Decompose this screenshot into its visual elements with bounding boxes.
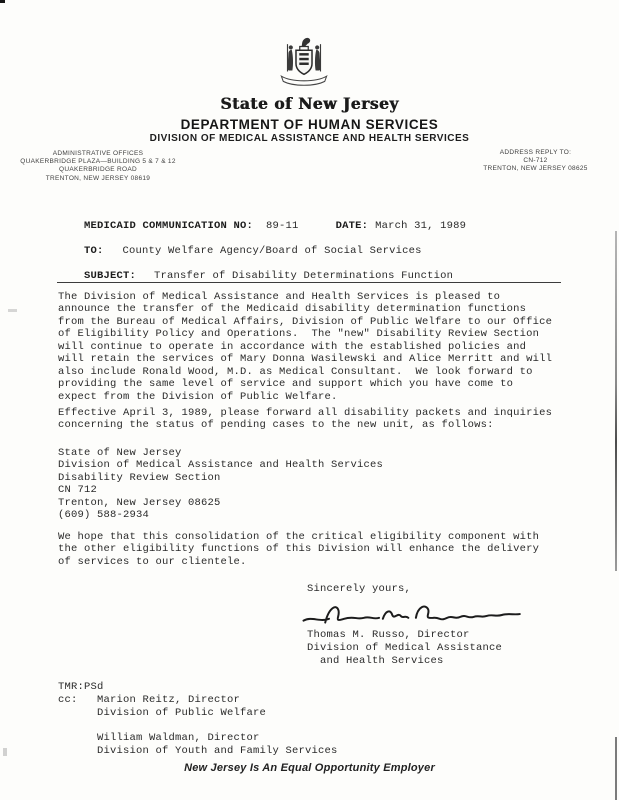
body-paragraph-3: We hope that this consolidation of the c…	[58, 531, 539, 568]
body-paragraph-1: The Division of Medical Assistance and H…	[58, 291, 552, 403]
to-label: TO:	[84, 245, 104, 257]
to-value: County Welfare Agency/Board of Social Se…	[123, 245, 422, 257]
scan-artifact-speck	[3, 748, 7, 756]
cc-entry-org: Division of Public Welfare	[97, 707, 266, 719]
header-divider	[57, 282, 561, 283]
subject-line: SUBJECT:Transfer of Disability Determina…	[58, 258, 453, 295]
cc-entry-org: Division of Youth and Family Services	[97, 745, 338, 757]
reference-initials: TMR:PSd	[58, 681, 104, 693]
division-title: DIVISION OF MEDICAL ASSISTANCE AND HEALT…	[0, 133, 619, 144]
communication-number: 89-11	[266, 220, 299, 232]
date-value: March 31, 1989	[375, 220, 466, 232]
signer-org-line1: Division of Medical Assistance	[307, 642, 502, 654]
cc-entry-name: Marion Reitz, Director	[97, 694, 240, 706]
signer-org-line2: and Health Services	[307, 655, 444, 667]
communication-label: MEDICAID COMMUNICATION NO:	[84, 220, 253, 232]
nj-state-seal-icon	[271, 34, 337, 92]
body-paragraph-2: Effective April 3, 1989, please forward …	[58, 407, 552, 432]
signature-image	[294, 598, 534, 632]
subject-label: SUBJECT:	[84, 270, 136, 282]
date-label: DATE:	[336, 220, 369, 232]
scan-artifact-speck	[8, 309, 17, 312]
new-unit-address: State of New Jersey Division of Medical …	[58, 447, 383, 522]
reply-to-address: ADDRESS REPLY TO: CN-712 TRENTON, NEW JE…	[478, 149, 593, 174]
state-name: State of New Jersey	[0, 94, 619, 113]
signer-name: Thomas M. Russo, Director	[307, 629, 470, 641]
admin-offices-address: ADMINISTRATIVE OFFICES QUAKERBRIDGE PLAZ…	[18, 150, 178, 183]
scan-artifact-right-line-lower	[615, 737, 617, 800]
scan-artifact-corner-speck	[0, 0, 5, 3]
department-title: DEPARTMENT OF HUMAN SERVICES	[0, 117, 619, 132]
subject-value: Transfer of Disability Determinations Fu…	[154, 270, 453, 282]
cc-entry-name: William Waldman, Director	[97, 732, 260, 744]
scan-artifact-right-line	[615, 231, 617, 571]
valediction: Sincerely yours,	[307, 583, 411, 595]
scanned-letter-page: State of New Jersey DEPARTMENT OF HUMAN …	[0, 0, 619, 800]
cc-label: cc:	[58, 694, 78, 706]
equal-opportunity-footer: New Jersey Is An Equal Opportunity Emplo…	[0, 762, 619, 774]
